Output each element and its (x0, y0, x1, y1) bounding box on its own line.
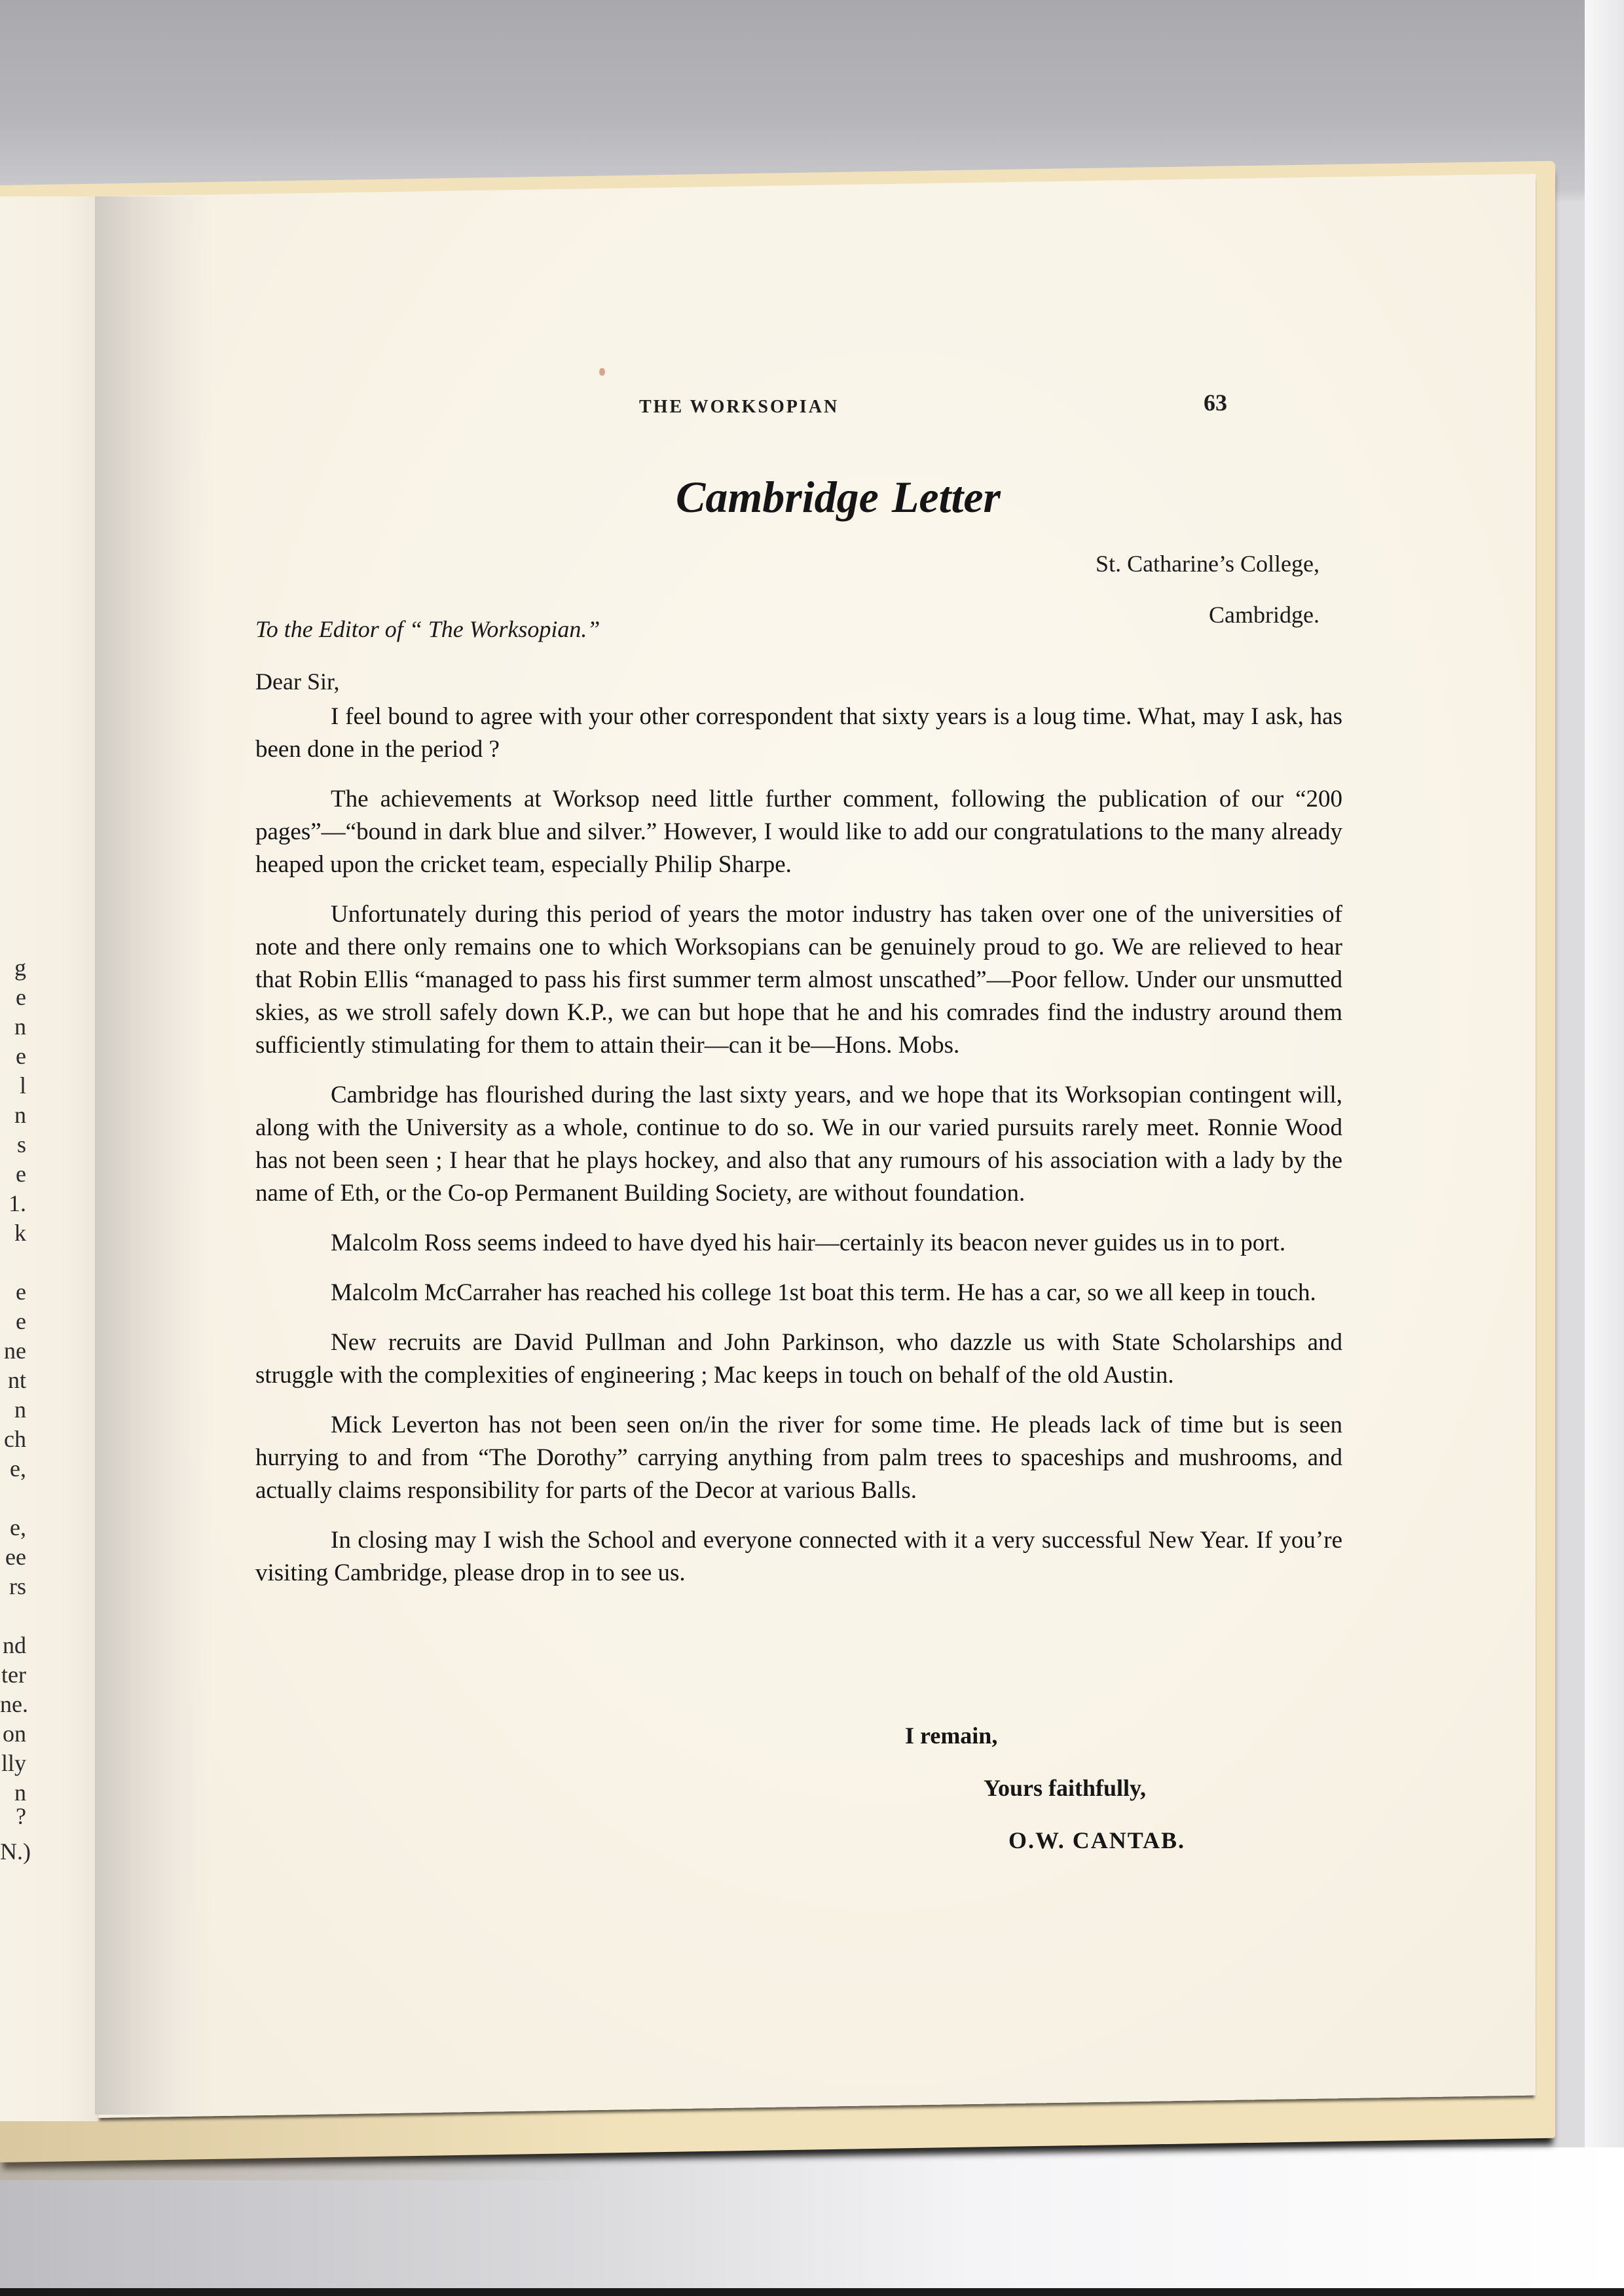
left-page-fragment: e, (0, 1457, 26, 1480)
paragraph: Malcolm McCarraher has reached his colle… (255, 1277, 1342, 1309)
left-page-fragment: e (0, 985, 26, 1009)
left-page-fragment: k (0, 1221, 26, 1245)
left-page-fragment: e (0, 1162, 26, 1186)
left-page-fragment: n ? (0, 1781, 26, 1828)
scanner-edge (0, 2288, 1624, 2296)
left-page-fragment: s (0, 1133, 26, 1156)
article-title: CambridgeLetter (544, 471, 1133, 523)
closing-yours: Yours faithfully, (984, 1774, 1146, 1802)
paragraph: The achievements at Worksop need little … (255, 783, 1342, 881)
closing-remain: I remain, (905, 1722, 997, 1749)
book-gutter (95, 196, 213, 2115)
addressee: To the Editor of “ The Worksopian.” (255, 615, 600, 643)
paragraph: Unfortunately during this period of year… (255, 898, 1342, 1062)
left-page-fragment: lly (0, 1751, 26, 1775)
paragraph: Cambridge has flourished during the last… (255, 1079, 1342, 1210)
left-page-fragment: n (0, 1398, 26, 1421)
paragraph: Mick Leverton has not been seen on/in th… (255, 1409, 1342, 1507)
left-page-fragment: rs (0, 1575, 26, 1598)
left-page-fragment: e (0, 1044, 26, 1068)
left-page-fragment: ter (0, 1663, 26, 1686)
title-word: Letter (892, 472, 1001, 522)
title-word: Cambridge (676, 472, 879, 522)
page-content: THE WORKSOPIAN 63 CambridgeLetter St. Ca… (98, 196, 1536, 2118)
page-number: 63 (1204, 389, 1227, 416)
left-page-fragment: 1. (0, 1192, 26, 1215)
left-page-fragment: n (0, 1015, 26, 1038)
left-page-fragment: N.) (0, 1840, 26, 1863)
paragraph: In closing may I wish the School and eve… (255, 1524, 1342, 1590)
letter-body: I feel bound to agree with your other co… (255, 701, 1342, 1607)
left-page-fragment: n (0, 1103, 26, 1127)
scanner-background-right (1585, 0, 1624, 2296)
signature: O.W. CANTAB. (1008, 1827, 1185, 1854)
left-page-fragment: g (0, 956, 26, 979)
paper-speck (599, 368, 605, 376)
left-page: genelnse1.keenentnche,e,eersndterne.onll… (0, 196, 98, 2121)
paragraph: I feel bound to agree with your other co… (255, 701, 1342, 766)
left-page-fragment: ee (0, 1545, 26, 1569)
address-line-college: St. Catharine’s College, (1096, 550, 1319, 577)
left-page-fragment: e (0, 1280, 26, 1303)
running-head: THE WORKSOPIAN (639, 397, 839, 418)
left-page-fragment: e, (0, 1516, 26, 1539)
address-line-city: Cambridge. (1209, 601, 1319, 629)
left-page-fragment: ch (0, 1427, 26, 1451)
left-page-fragment: ne. (0, 1692, 26, 1716)
left-page-fragment: on (0, 1722, 26, 1745)
paragraph: Malcolm Ross seems indeed to have dyed h… (255, 1227, 1342, 1260)
right-page: THE WORKSOPIAN 63 CambridgeLetter St. Ca… (98, 174, 1536, 2118)
paragraph: New recruits are David Pullman and John … (255, 1326, 1342, 1392)
left-page-fragment: l (0, 1074, 26, 1097)
left-page-fragment: ne (0, 1339, 26, 1362)
left-page-fragment: e (0, 1309, 26, 1333)
left-page-fragment: nd (0, 1633, 26, 1657)
left-page-fragment: nt (0, 1368, 26, 1392)
salutation: Dear Sir, (255, 668, 340, 695)
